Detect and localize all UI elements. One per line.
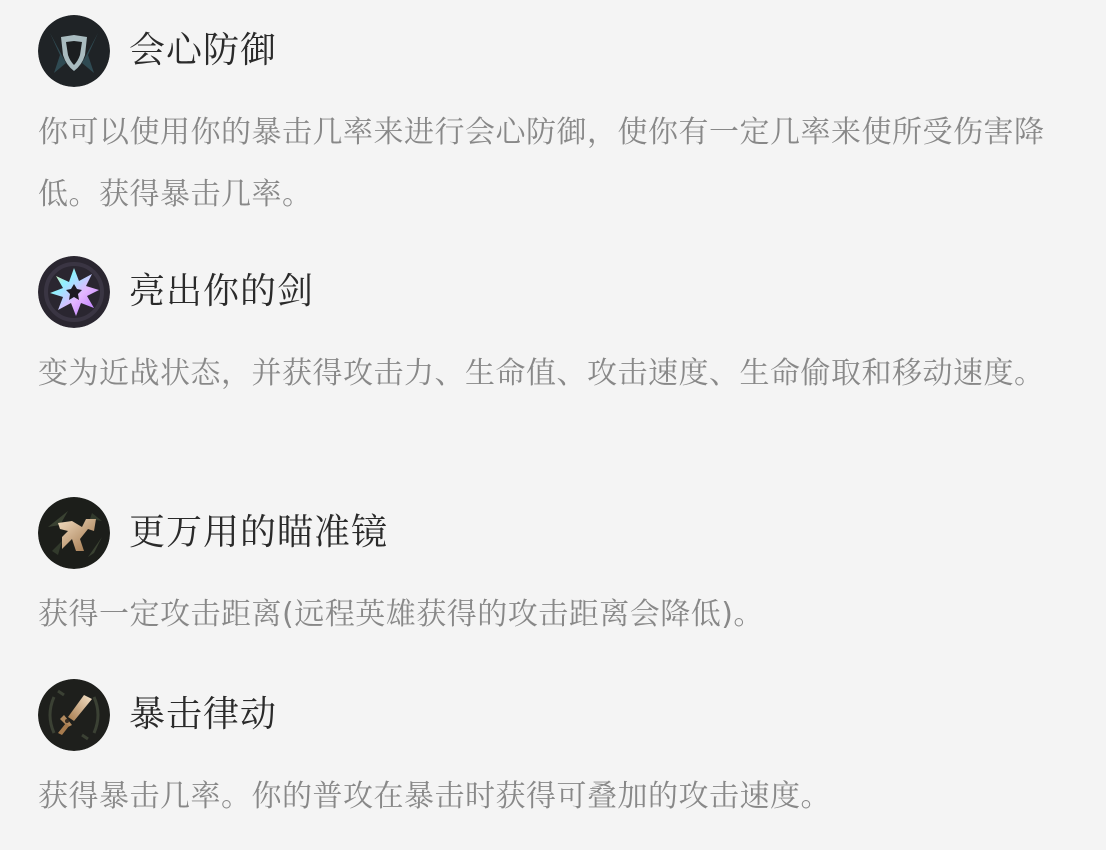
augment-versatile-scope: 更万用的瞄准镜 获得一定攻击距离(远程英雄获得的攻击距离会降低)。 bbox=[38, 496, 1078, 646]
augment-critical-rhythm: 暴击律动 获得暴击几率。你的普攻在暴击时获得可叠加的攻击速度。 bbox=[38, 678, 1078, 828]
sword-icon bbox=[38, 679, 110, 751]
starburst-icon bbox=[38, 256, 110, 328]
augment-title: 更万用的瞄准镜 bbox=[129, 515, 388, 551]
arrow-up-right-icon bbox=[38, 497, 110, 569]
augment-header: 更万用的瞄准镜 bbox=[38, 496, 1078, 570]
augment-description: 你可以使用你的暴击几率来进行会心防御，使你有一定几率来使所受伤害降低。获得暴击几… bbox=[38, 102, 1078, 226]
augment-critical-defense: 会心防御 你可以使用你的暴击几率来进行会心防御，使你有一定几率来使所受伤害降低。… bbox=[38, 14, 1078, 226]
augment-description: 获得一定攻击距离(远程英雄获得的攻击距离会降低)。 bbox=[38, 584, 1078, 646]
augment-header: 亮出你的剑 bbox=[38, 255, 1078, 329]
augment-title: 会心防御 bbox=[129, 33, 277, 69]
augment-header: 暴击律动 bbox=[38, 678, 1078, 752]
augment-title: 暴击律动 bbox=[129, 697, 277, 733]
augment-unsheathe-your-sword: 亮出你的剑 变为近战状态，并获得攻击力、生命值、攻击速度、生命偷取和移动速度。 bbox=[38, 255, 1078, 405]
shield-icon bbox=[38, 15, 110, 87]
augment-title: 亮出你的剑 bbox=[129, 274, 314, 310]
augment-header: 会心防御 bbox=[38, 14, 1078, 88]
augment-description: 获得暴击几率。你的普攻在暴击时获得可叠加的攻击速度。 bbox=[38, 766, 1078, 828]
augment-description: 变为近战状态，并获得攻击力、生命值、攻击速度、生命偷取和移动速度。 bbox=[38, 343, 1078, 405]
